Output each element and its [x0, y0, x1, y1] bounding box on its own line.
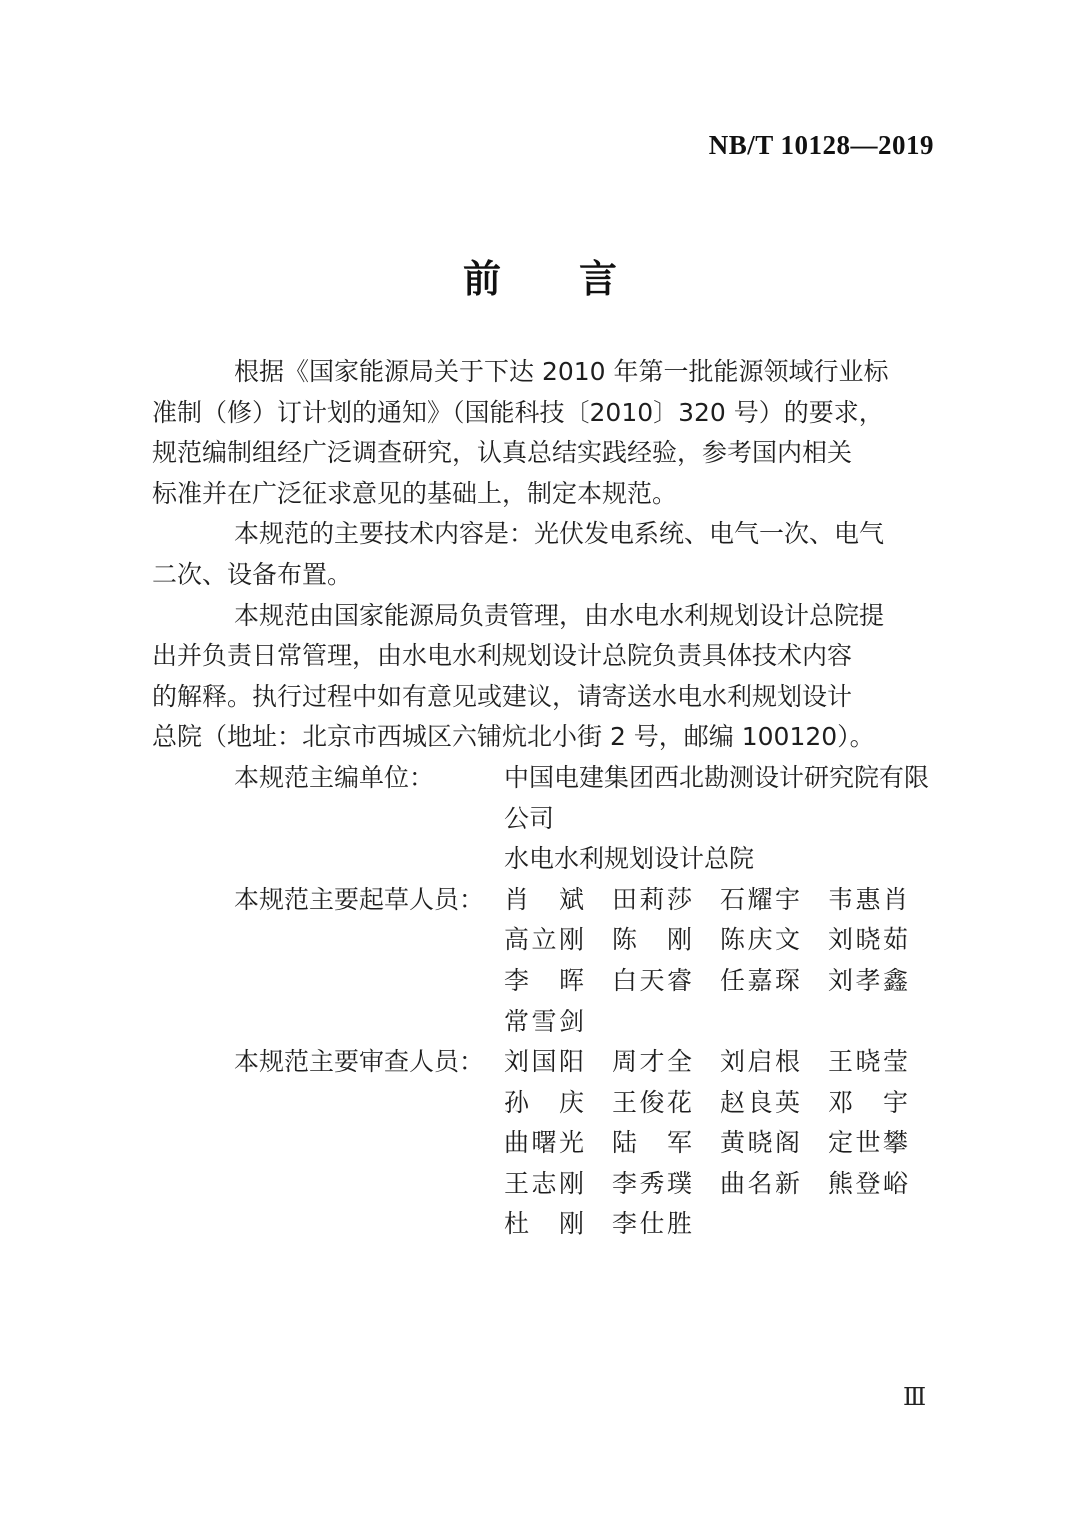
reviewers-section: 本规范主要审查人员： 刘国阳 周才全 刘启根 王晓莹 孙庆 王俊花 赵良英 邓宇… — [234, 1042, 942, 1245]
reviewer-name: 杜刚 — [504, 1204, 584, 1245]
drafters-section: 本规范主要起草人员： 肖斌 田莉莎 石耀宇 韦惠肖 高立刚 陈刚 陈庆文 刘晓茹… — [234, 880, 942, 1042]
reviewer-name: 曲曙光 — [504, 1123, 584, 1164]
reviewer-name: 王晓莹 — [828, 1042, 908, 1083]
reviewers-list: 刘国阳 周才全 刘启根 王晓莹 孙庆 王俊花 赵良英 邓宇 曲曙光 陆军 黄晓阁… — [504, 1042, 942, 1245]
drafter-name: 陈刚 — [612, 920, 692, 961]
paragraph-line: 规范编制组经广泛调查研究，认真总结实践经验，参考国内相关 — [152, 433, 942, 474]
paragraph-line: 二次、设备布置。 — [152, 555, 942, 596]
drafter-name: 田莉莎 — [612, 880, 692, 921]
paragraph-line: 总院（地址：北京市西城区六铺炕北小街 2 号，邮编 100120）。 — [152, 717, 942, 758]
reviewer-name: 定世攀 — [828, 1123, 908, 1164]
reviewer-name: 王俊花 — [612, 1083, 692, 1124]
chief-unit-line: 中国电建集团西北勘测设计研究院有限 — [504, 758, 942, 799]
drafter-name: 任嘉琛 — [720, 961, 800, 1002]
drafter-name: 陈庆文 — [720, 920, 800, 961]
reviewer-name: 黄晓阁 — [720, 1123, 800, 1164]
paragraph-line: 根据《国家能源局关于下达 2010 年第一批能源领域行业标 — [152, 352, 942, 393]
drafter-name: 肖斌 — [504, 880, 584, 921]
title-char-2: 言 — [579, 248, 617, 303]
chief-units-section: 本规范主编单位： 中国电建集团西北勘测设计研究院有限 公司 水电水利规划设计总院 — [234, 758, 942, 880]
preface-body: 根据《国家能源局关于下达 2010 年第一批能源领域行业标 准制（修）订计划的通… — [152, 352, 942, 1245]
reviewer-name: 陆军 — [612, 1123, 692, 1164]
paragraph-line: 本规范的主要技术内容是：光伏发电系统、电气一次、电气 — [152, 514, 942, 555]
drafters-label: 本规范主要起草人员： — [234, 880, 504, 1042]
standard-code: NB/T 10128—2019 — [709, 130, 934, 161]
chief-units-label: 本规范主编单位： — [234, 758, 504, 880]
title-char-1: 前 — [463, 248, 501, 303]
reviewer-name: 周才全 — [612, 1042, 692, 1083]
page-title: 前言 — [0, 248, 1080, 303]
drafter-name: 常雪剑 — [504, 1002, 584, 1043]
drafters-list: 肖斌 田莉莎 石耀宇 韦惠肖 高立刚 陈刚 陈庆文 刘晓茹 李晖 白天睿 任嘉琛… — [504, 880, 942, 1042]
chief-units-list: 中国电建集团西北勘测设计研究院有限 公司 水电水利规划设计总院 — [504, 758, 942, 880]
paragraph-line: 标准并在广泛征求意见的基础上，制定本规范。 — [152, 474, 942, 515]
reviewer-name: 孙庆 — [504, 1083, 584, 1124]
paragraph-line: 出并负责日常管理，由水电水利规划设计总院负责具体技术内容 — [152, 636, 942, 677]
paragraph-line: 本规范由国家能源局负责管理，由水电水利规划设计总院提 — [152, 596, 942, 637]
reviewer-name: 刘启根 — [720, 1042, 800, 1083]
reviewer-name: 曲名新 — [720, 1164, 800, 1205]
reviewers-label: 本规范主要审查人员： — [234, 1042, 504, 1245]
reviewer-name: 邓宇 — [828, 1083, 908, 1124]
reviewer-name: 熊登峪 — [828, 1164, 908, 1205]
drafter-name: 石耀宇 — [720, 880, 800, 921]
drafter-name: 高立刚 — [504, 920, 584, 961]
reviewer-name: 李仕胜 — [612, 1204, 692, 1245]
reviewer-name: 赵良英 — [720, 1083, 800, 1124]
page-number: Ⅲ — [903, 1383, 925, 1412]
reviewer-name: 王志刚 — [504, 1164, 584, 1205]
reviewer-name: 李秀璞 — [612, 1164, 692, 1205]
drafter-name: 刘孝鑫 — [828, 961, 908, 1002]
paragraph-line: 准制（修）订计划的通知》（国能科技〔2010〕320 号）的要求， — [152, 393, 942, 434]
paragraph-line: 的解释。执行过程中如有意见或建议，请寄送水电水利规划设计 — [152, 677, 942, 718]
paragraph-content: 本规范的主要技术内容是：光伏发电系统、电气一次、电气 二次、设备布置。 — [152, 514, 942, 595]
chief-unit-line: 水电水利规划设计总院 — [504, 839, 942, 880]
drafter-name: 李晖 — [504, 961, 584, 1002]
drafter-name: 刘晓茹 — [828, 920, 908, 961]
paragraph-basis: 根据《国家能源局关于下达 2010 年第一批能源领域行业标 准制（修）订计划的通… — [152, 352, 942, 514]
paragraph-management: 本规范由国家能源局负责管理，由水电水利规划设计总院提 出并负责日常管理，由水电水… — [152, 596, 942, 758]
drafter-name: 韦惠肖 — [828, 880, 908, 921]
drafter-name: 白天睿 — [612, 961, 692, 1002]
chief-unit-line: 公司 — [504, 799, 942, 840]
reviewer-name: 刘国阳 — [504, 1042, 584, 1083]
